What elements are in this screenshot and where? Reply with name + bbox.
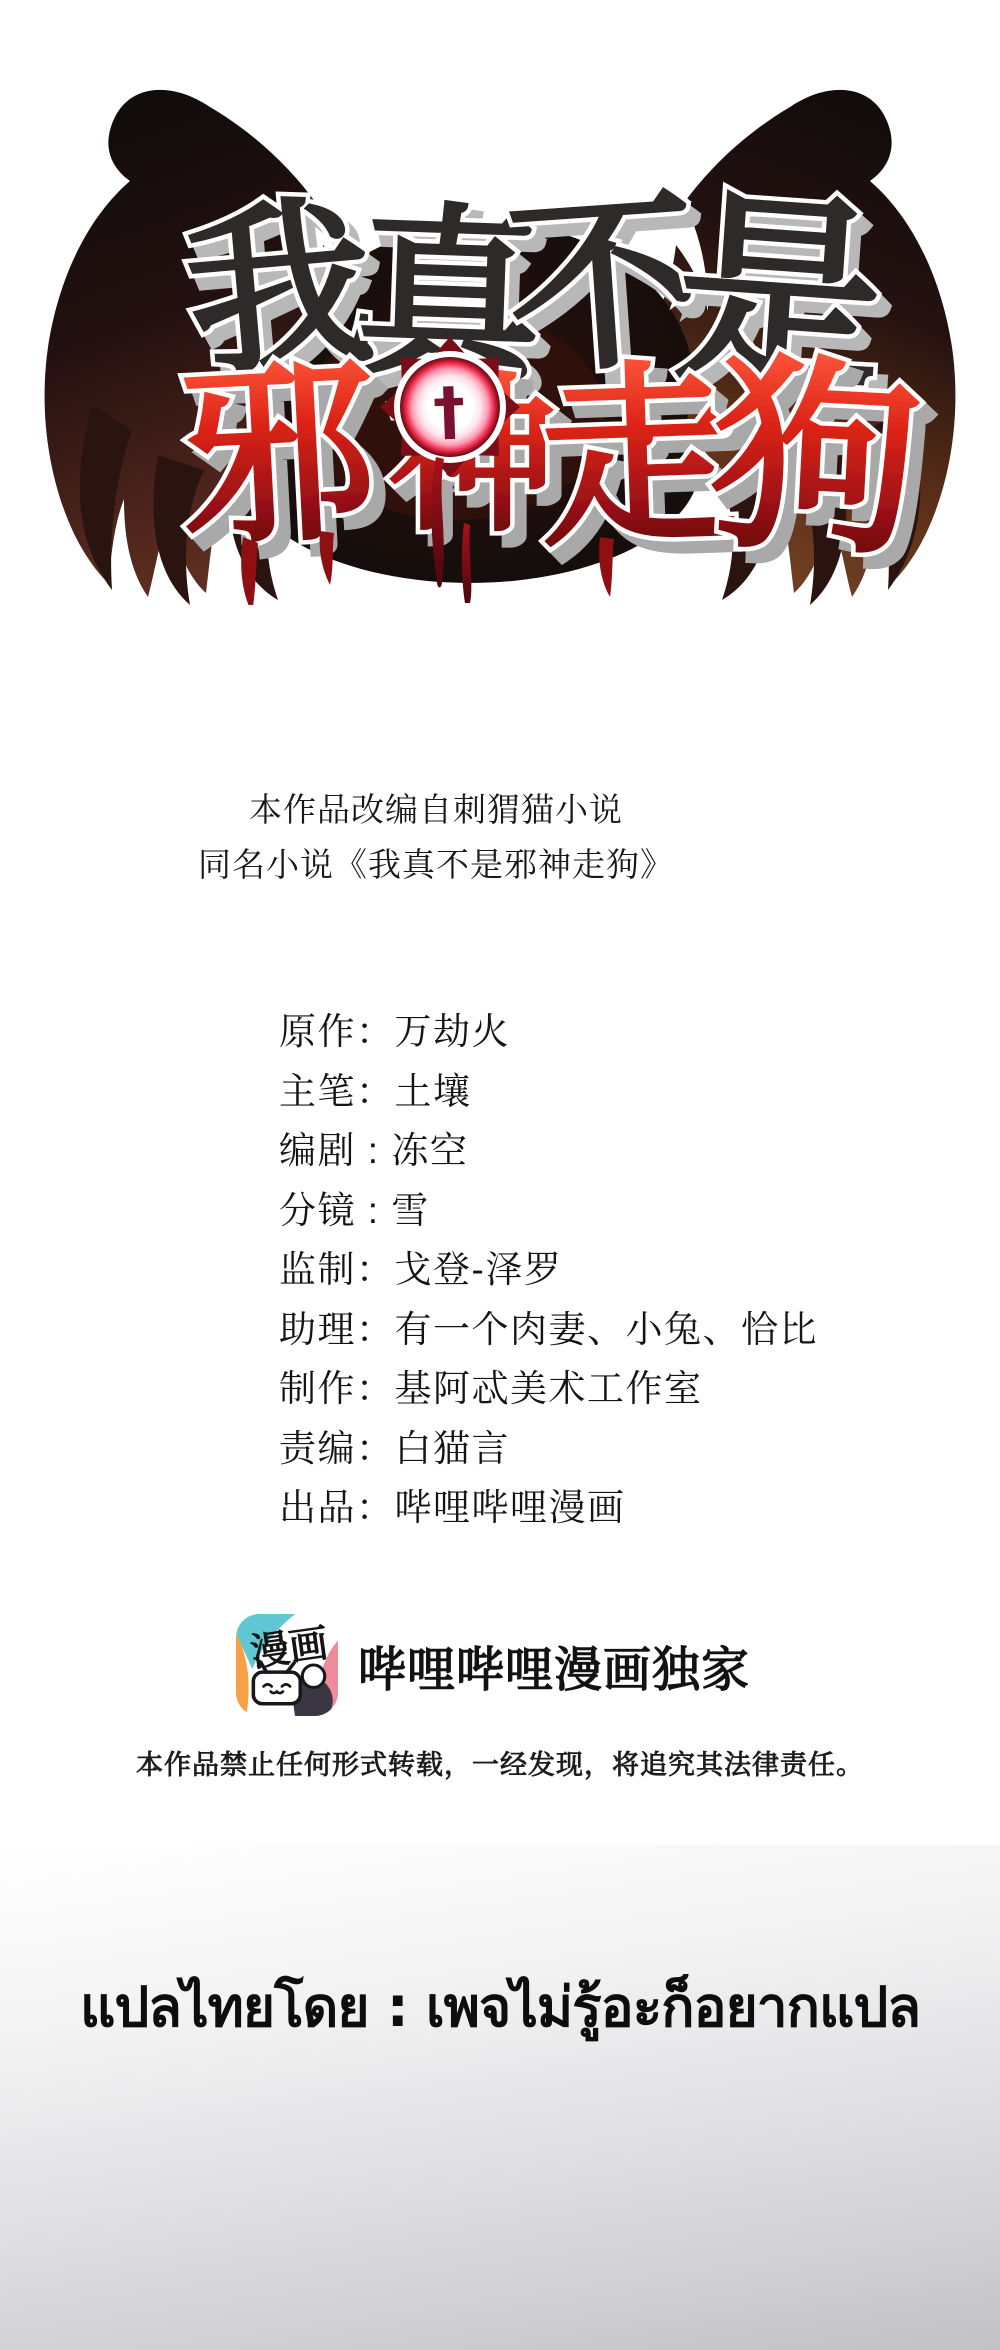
adaptation-line-2: 同名小说《我真不是邪神走狗》	[0, 837, 872, 892]
credit-role: 主笔	[279, 1071, 356, 1112]
thai-translation-credit: แปลไทยโดย : เพจไม่รู้อะก็อยากแปล	[0, 1964, 1000, 2051]
dagger-icon: †	[432, 374, 467, 449]
credit-name: 戈登-泽罗	[395, 1249, 563, 1290]
title-char: 邪	[175, 342, 381, 570]
credit-separator: :	[356, 1130, 391, 1171]
credit-separator: :	[356, 1190, 391, 1231]
credit-row-publisher: 出品：哔哩哔哩漫画	[279, 1478, 818, 1538]
credit-name: 冻空	[391, 1130, 468, 1171]
credit-separator: ：	[356, 1011, 395, 1052]
credit-name: 有一个肉妻、小兔、恰比	[395, 1309, 819, 1350]
title-char: 狗	[706, 339, 926, 582]
credit-row-original-author: 原作：万劫火	[279, 1002, 818, 1062]
credit-separator: ：	[356, 1368, 395, 1409]
blood-drip	[599, 537, 614, 597]
credit-separator: ：	[356, 1309, 395, 1350]
tv-face-icon	[253, 1672, 300, 1704]
credit-separator: ：	[356, 1428, 395, 1469]
credit-role: 编剧	[279, 1130, 356, 1171]
adaptation-line-1: 本作品改编自刺猬猫小说	[0, 782, 872, 837]
credits-list: 原作：万劫火 主笔：土壤 编剧 : 冻空 分镜 : 雪 监制：戈登-泽罗 助理：…	[279, 1002, 818, 1538]
credit-name: 白猫言	[395, 1428, 511, 1469]
credit-role: 出品	[279, 1487, 356, 1528]
title-line2: 邪 神 走 狗	[175, 339, 925, 582]
credit-row-editor: 责编：白猫言	[279, 1419, 818, 1479]
blood-drip	[241, 537, 258, 605]
credit-separator: ：	[356, 1487, 395, 1528]
credit-role: 原作	[279, 1011, 356, 1052]
copyright-notice: 本作品禁止任何形式转载，一经发现，将追究其法律责任。	[0, 1743, 1000, 1782]
credit-name: 基阿忒美术工作室	[395, 1368, 703, 1409]
exclusive-publisher-text: 哔哩哔哩漫画独家	[358, 1631, 750, 1700]
credit-row-lead-artist: 主笔：土壤	[279, 1062, 818, 1122]
adaptation-note: 本作品改编自刺猬猫小说 同名小说《我真不是邪神走狗》	[0, 782, 872, 892]
credit-name: 土壤	[395, 1071, 472, 1112]
credit-row-assistants: 助理：有一个肉妻、小兔、恰比	[279, 1300, 818, 1360]
bilibili-manga-app-icon: 漫画	[236, 1614, 338, 1716]
credit-row-storyboard: 分镜 : 雪	[279, 1181, 818, 1241]
bottom-gradient-background	[0, 1845, 1000, 2350]
comic-credits-page: 我 真 不 是 邪 神 走 狗 † 本作品改编自刺猬猫小说 同名小说《我真不是邪…	[0, 0, 1000, 2350]
credit-name: 哔哩哔哩漫画	[395, 1487, 626, 1528]
blood-drip	[320, 531, 334, 585]
white-glove	[302, 1665, 324, 1687]
credit-row-screenwriter: 编剧 : 冻空	[279, 1121, 818, 1181]
credit-name: 万劫火	[395, 1011, 511, 1052]
credit-role: 监制	[279, 1249, 356, 1290]
credit-role: 分镜	[279, 1190, 356, 1231]
credit-role: 责编	[279, 1428, 356, 1469]
credit-row-supervisor: 监制：戈登-泽罗	[279, 1240, 818, 1300]
credit-name: 雪	[391, 1190, 430, 1231]
credit-role: 助理	[279, 1309, 356, 1350]
credit-separator: ：	[356, 1071, 395, 1112]
credit-separator: ：	[356, 1249, 395, 1290]
title-logo: 我 真 不 是 邪 神 走 狗 †	[0, 85, 1000, 605]
credit-role: 制作	[279, 1368, 356, 1409]
credit-row-production: 制作：基阿忒美术工作室	[279, 1359, 818, 1419]
